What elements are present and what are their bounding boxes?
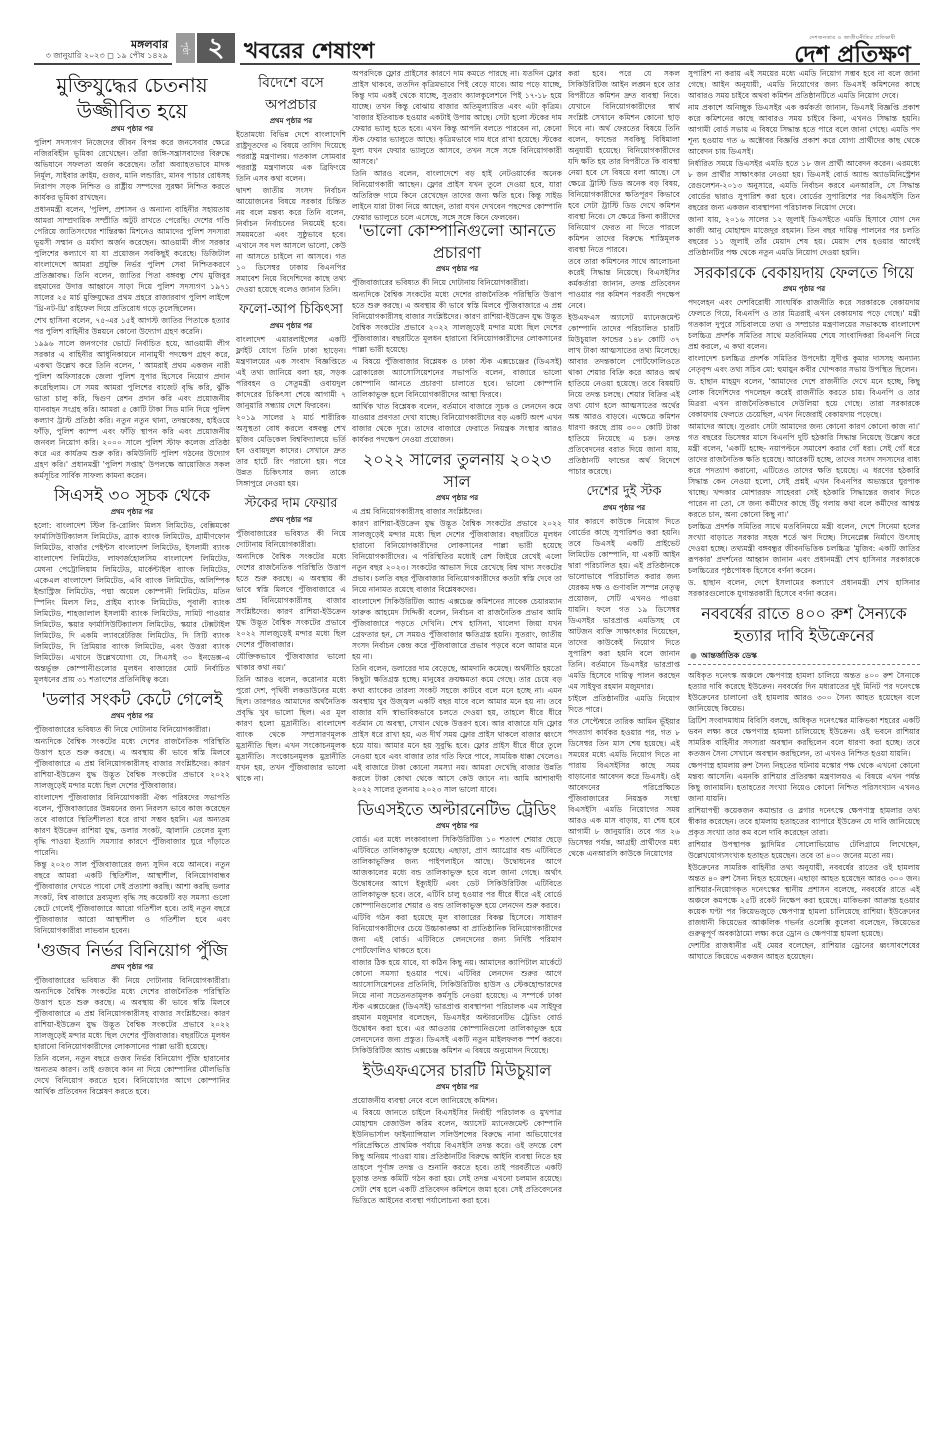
headline: ফলো-আপ চিকিৎসা bbox=[236, 299, 346, 321]
paragraph: ড. হাছান মাহমুদ বলেন, 'আমাদের দেশে রাজনী… bbox=[688, 376, 920, 420]
paragraph: গত সেপ্টেম্বরে তারিক আমিন ভূঁইয়ার পদত্য… bbox=[568, 716, 680, 859]
paragraph: তিনি বলেন, নতুন বছরে গুজব নির্ভর বিনিয়ো… bbox=[34, 1053, 230, 1097]
masthead: মঙ্গলবার ৩ জানুয়ারি ২০২৩ ◻ ১৯ পৌষ ১৪২৯ … bbox=[0, 0, 945, 62]
article-dollar: 'ডলার সংকট কেটে গেলেই প্রথম পৃষ্ঠার পর প… bbox=[34, 689, 230, 936]
page-number: ২ bbox=[197, 33, 235, 63]
section-title: খবরের শেষাংশ bbox=[244, 34, 374, 71]
paragraph: অধিকৃত দনেৎস্ক অঞ্চলে ক্ষেপণাস্ত্র হামলা… bbox=[688, 670, 920, 714]
paragraph: এটিবি গঠন করা হয়েছে মূল বাজারের বিকল্প … bbox=[352, 912, 562, 956]
column-fourth: করা হবে। পরে যে সকল সিকিউরিটিজ আইন লঙ্ঘন… bbox=[568, 68, 680, 1448]
headline: বিদেশে বসে অপপ্রচার bbox=[236, 72, 346, 116]
article-sarkar: সরকারকে বেকায়দায় ফেলতে গিয়ে প্রথম পৃষ… bbox=[688, 262, 920, 599]
article-gujob: 'গুজব নির্ভর বিনিয়োগ পুঁজি প্রথম পৃষ্ঠা… bbox=[34, 940, 230, 1097]
continued-label: প্রথম পৃষ্ঠার পর bbox=[236, 321, 346, 332]
paragraph: পুঁজিবাজারের ভবিষ্যত কী নিয়ে দোটানায় ব… bbox=[352, 277, 562, 288]
continued-label: প্রথম পৃষ্ঠার পর bbox=[34, 711, 230, 722]
continued-label: প্রথম পৃষ্ঠার পর bbox=[34, 962, 230, 973]
paragraph: শেখ হাসিনা বলেন, ৭৫-এর ১৫ই আগস্ট জাতির প… bbox=[34, 315, 230, 337]
paragraph: ক্ষেপণাস্ত্র হামলায় রুশ সৈন্য নিহতের ঘট… bbox=[688, 760, 920, 804]
column-right: সুপারিশ না করায় এই সময়ের মধ্যে এমডি নি… bbox=[688, 68, 920, 1448]
paragraph: পুঁজিবাজারের ভবিষ্যত কী নিয়ে দোটানায় ব… bbox=[34, 975, 230, 1052]
paragraph: প্রধানমন্ত্রী বলেন, 'পুলিশ, প্রশাসন ও অন… bbox=[34, 204, 230, 314]
brand-name: দেশ প্রতিক্ষণ bbox=[775, 43, 930, 67]
continued-label: প্রথম পৃষ্ঠার পর bbox=[688, 284, 920, 295]
continued-label: প্রথম পৃষ্ঠার পর bbox=[34, 124, 230, 135]
continued-label: প্রথম পৃষ্ঠার পর bbox=[352, 1082, 562, 1093]
paragraph: অন্যদিকে বৈশ্বিক সংকটের মধ্যে দেশের রাজন… bbox=[34, 736, 230, 791]
headline: ইউএফএসের চারটি মিউচুয়াল bbox=[352, 1060, 562, 1082]
headline: সরকারকে বেকায়দায় ফেলতে গিয়ে bbox=[688, 262, 920, 284]
paragraph: অন্যদিকে বৈশ্বিক সংকটের মধ্যে দেশের রাজন… bbox=[236, 551, 346, 650]
paragraph: এ প্রশ্ন বিনিয়োগকারীসহ বাজার সংশ্লিষ্টদ… bbox=[352, 506, 562, 517]
paragraph: তবে তারা কমিশনের সাথে আলোচনা করেই সিদ্ধা… bbox=[568, 256, 680, 311]
paragraph: রাশিয়াপন্থী কয়েকজন কমান্ডার ও ব্লগার দ… bbox=[688, 805, 920, 838]
column-left: মুক্তিযুদ্ধের চেতনায় উজ্জীবিত হয়ে প্রথ… bbox=[34, 68, 230, 1448]
continued-label: প্রথম পৃষ্ঠার পর bbox=[352, 493, 562, 504]
paragraph: অন্যদিকে বৈশ্বিক সংকটের মধ্যে দেশের রাজন… bbox=[352, 289, 562, 355]
paragraph: এ বিষয়ে জানতে চাইলে বিএসইসির নির্বাহী প… bbox=[352, 1107, 562, 1206]
article-dui-stock: দেশের দুই স্টক প্রথম পৃষ্ঠার পর যার কারণ… bbox=[568, 481, 680, 859]
newspaper-logo: দেশজনতার ও জাতীয়নীতির প্রতিভাষী দেশ প্র… bbox=[775, 35, 930, 67]
article-dse-md: সুপারিশ না করায় এই সময়ের মধ্যে এমডি নি… bbox=[688, 68, 920, 258]
paragraph: কারণ রাশিয়া-ইউক্রেন যুদ্ধ উদ্ভূত বৈশ্বি… bbox=[352, 518, 562, 595]
paragraph: প্রয়োজনীয় ব্যবস্থা নেবে বলে জানিয়েছে … bbox=[352, 1095, 562, 1106]
paragraph: যৌক্তিকভাবে পুঁজিবাজার ভালো থাকার কথা নয… bbox=[236, 651, 346, 673]
header-rule bbox=[34, 63, 172, 65]
article-stockprice: স্টকের দাম ফেয়ার প্রথম পৃষ্ঠার পর পুঁজি… bbox=[236, 493, 346, 784]
paragraph: আমাদের আছে। সুতরাং সেটা আমাদের জন্য কোনো… bbox=[688, 421, 920, 520]
headline: ডিএসইতে অল্টারনেটিভ ট্রেডিং bbox=[352, 799, 562, 821]
headline: স্টকের দাম ফেয়ার bbox=[236, 493, 346, 515]
paragraph: পুলিশ সদস্যগণ নিজেদের জীবন বিপন্ন করে জন… bbox=[34, 137, 230, 203]
paragraph: পদলেহন এবং দেশবিরোধী সাংঘর্ষিক রাজনীতি ক… bbox=[688, 297, 920, 352]
header-rule bbox=[240, 63, 690, 65]
headline: মুক্তিযুদ্ধের চেতনায় উজ্জীবিত হয়ে bbox=[34, 72, 230, 124]
paragraph: বাজার ঠিক হয়ে যাবে, যা কঠিন কিছু নয়। আ… bbox=[352, 957, 562, 1056]
continued-label: প্রথম পৃষ্ঠার পর bbox=[352, 821, 562, 832]
headline: দেশের দুই স্টক bbox=[568, 481, 680, 503]
article-bhalo: 'ভালো কোম্পানিগুলো আনতে প্রচারণা প্রথম প… bbox=[352, 220, 562, 445]
article-followup: ফলো-আপ চিকিৎসা প্রথম পৃষ্ঠার পর বাংলাদেশ… bbox=[236, 299, 346, 489]
paragraph: তিনি আরও বলেন, করোনার মধ্যে পুরো দেশ, পৃ… bbox=[236, 674, 346, 784]
paragraph: তিনি বলেন, ডলারের দাম বেড়েছে, আমদানি কম… bbox=[352, 663, 562, 795]
paragraph: ব্রিটিশ সংবাদমাধ্যম বিবিসি বলছে, অধিকৃত … bbox=[688, 715, 920, 759]
column-second: বিদেশে বসে অপপ্রচার প্রথম পৃষ্ঠার পর ইতো… bbox=[236, 68, 346, 1448]
headline: 'গুজব নির্ভর বিনিয়োগ পুঁজি bbox=[34, 940, 230, 962]
paragraph: জানা যায়, ২০১৬ সালের ১২ জুলাই ডিএসইতে এ… bbox=[688, 214, 920, 258]
paragraph: বাংলাদেশ সিকিউরিটিজ অ্যান্ড এক্সচেঞ্জ কম… bbox=[352, 596, 562, 662]
headline: নববর্ষের রাতে ৪০০ রুশ সৈন্যকে হত্যার দাব… bbox=[688, 603, 920, 647]
paragraph: রাশিয়ার উপস্থাপক ভ্লাদিমির সোলোভিয়োভ ট… bbox=[688, 839, 920, 861]
paragraph: কিন্তু ২০২৩ সাল পুঁজিবাজারের জন্য সুদিন … bbox=[34, 859, 230, 936]
paragraph: বাংলাদেশ পুঁজিবাজার বিনিয়োগকারী ঐক্য পর… bbox=[34, 792, 230, 858]
paragraph: যার কারণে কাউকে নিয়োগ দিতে বোর্ডের কাছে… bbox=[568, 516, 680, 692]
paragraph: নির্ধারিত সময়ে ডিএসইর এমডি হতে ১৮ জন প্… bbox=[688, 158, 920, 213]
paragraph: তিনি আরও বলেন, বাংলাদেশে বড় হাই নেটওয়া… bbox=[352, 168, 562, 223]
paragraph: অপরদিকে ফ্লোর প্রাইসের কারণে দাম কমতে পা… bbox=[352, 68, 562, 167]
paragraph: ইউএফএস অ্যাসেট ম্যানেজমেন্ট কোম্পানি তাদ… bbox=[568, 312, 680, 477]
headline: সিএসই ৩০ সূচক থেকে bbox=[34, 485, 230, 507]
paragraph: বোর্ড। এর মধ্যে লংকাবাংলা সিকিউরিটিজ ১০ … bbox=[352, 834, 562, 911]
article-ats: ডিএসইতে অল্টারনেটিভ ট্রেডিং প্রথম পৃষ্ঠা… bbox=[352, 799, 562, 1056]
divider bbox=[688, 664, 920, 665]
headline: 'ভালো কোম্পানিগুলো আনতে প্রচারণা bbox=[352, 220, 562, 264]
article-ufs: ইউএফএসের চারটি মিউচুয়াল প্রথম পৃষ্ঠার প… bbox=[352, 1060, 562, 1206]
headline: ২০২২ সালের তুলনায় ২০২৩ সাল bbox=[352, 449, 562, 493]
paragraph: সুপারিশ না করায় এই সময়ের মধ্যে এমডি নি… bbox=[688, 68, 920, 101]
article-muktijuddho: মুক্তিযুদ্ধের চেতনায় উজ্জীবিত হয়ে প্রথ… bbox=[34, 72, 230, 481]
paragraph: আর্থিক খাত বিশ্লেষক বলেন, বর্তমানে বাজার… bbox=[352, 401, 562, 445]
article-cse30: সিএসই ৩০ সূচক থেকে প্রথম পৃষ্ঠার পর হলো:… bbox=[34, 485, 230, 685]
article-commission: করা হবে। পরে যে সকল সিকিউরিটিজ আইন লঙ্ঘন… bbox=[568, 68, 680, 477]
paragraph: ইতোমধ্যে বিভিন্ন দেশে বাংলাদেশি রাষ্ট্রদ… bbox=[236, 129, 346, 184]
paragraph: ২০১৯ সালের ২ মার্চ শারীরিক অসুস্থতা বোধ … bbox=[236, 412, 346, 489]
paragraph: পুঁজিবাজারের ভবিষ্যত কী নিয়ে দোটানায় ব… bbox=[236, 528, 346, 550]
article-tulona: ২০২২ সালের তুলনায় ২০২৩ সাল প্রথম পৃষ্ঠা… bbox=[352, 449, 562, 795]
paragraph: বাংলাদেশ এয়ারলাইন্সের একটি ফ্লাইট যোগে … bbox=[236, 334, 346, 411]
article-bidesh: বিদেশে বসে অপপ্রচার প্রথম পৃষ্ঠার পর ইতো… bbox=[236, 72, 346, 295]
continued-label: প্রথম পৃষ্ঠার পর bbox=[34, 507, 230, 518]
paragraph: বাংলাদেশ চলচ্চিত্র প্রদর্শক সমিতির উপদেষ… bbox=[688, 353, 920, 375]
continued-label: প্রথম পৃষ্ঠার পর bbox=[236, 515, 346, 526]
continued-label: প্রথম পৃষ্ঠার পর bbox=[236, 116, 346, 127]
paragraph: ১৯৯৬ সালে জনগণের ভোটে নির্বাচিত হয়ে, আও… bbox=[34, 338, 230, 481]
paragraph: দ্বাদশ জাতীয় সংসদ নির্বাচন আয়োজনের বিষ… bbox=[236, 185, 346, 295]
paragraph: ইউক্রেনের সামরিক বাহিনীর তথ্য অনুযায়ী, … bbox=[688, 862, 920, 939]
desk-byline: আন্তর্জাতিক ডেস্ক bbox=[690, 650, 920, 661]
page-label: পৃষ্ঠা bbox=[176, 33, 195, 63]
paragraph: হলো: বাংলাদেশ স্টিল রি-রোলিং মিলস লিমিটে… bbox=[34, 520, 230, 685]
column-middle-lower: 'ভালো কোম্পানিগুলো আনতে প্রচারণা প্রথম প… bbox=[352, 216, 562, 1448]
continued-label: প্রথম পৃষ্ঠার পর bbox=[352, 264, 562, 275]
paragraph: দেশটির রাজধানীর এই মেয়র বলেছেন, রাশিয়া… bbox=[688, 940, 920, 962]
paragraph: ড. হাছান বলেন, দেশে ইসলামের কল্যাণে প্রধ… bbox=[688, 577, 920, 599]
paragraph: পুঁজিবাজারের ভবিষ্যত কী নিয়ে দোটানায় ব… bbox=[34, 724, 230, 735]
article-ukraine: নববর্ষের রাতে ৪০০ রুশ সৈন্যকে হত্যার দাব… bbox=[688, 603, 920, 962]
continued-label: প্রথম পৃষ্ঠার পর bbox=[568, 503, 680, 514]
paragraph: নাম প্রকাশে অনিচ্ছুক ডিএসইর এক কর্মকর্তা… bbox=[688, 102, 920, 157]
issue-date: ৩ জানুয়ারি ২০২৩ ◻ ১৯ পৌষ ১৪২৯ bbox=[28, 50, 168, 63]
paragraph: চলচ্চিত্র প্রদর্শক সমিতির সাথে মতবিনিময়… bbox=[688, 521, 920, 576]
article-floor-price: অপরদিকে ফ্লোর প্রাইসের কারণে দাম কমতে পা… bbox=[352, 68, 562, 223]
headline: 'ডলার সংকট কেটে গেলেই bbox=[34, 689, 230, 711]
paragraph: এ বিষয়ে পুঁজিবাজার বিশ্লেষক ও ঢাকা স্টক… bbox=[352, 356, 562, 400]
paragraph: করা হবে। পরে যে সকল সিকিউরিটিজ আইন লঙ্ঘন… bbox=[568, 68, 680, 255]
paragraph: চাইলে প্রতিষ্ঠানটির এমডি নিয়োগ দিতে পার… bbox=[568, 693, 680, 715]
